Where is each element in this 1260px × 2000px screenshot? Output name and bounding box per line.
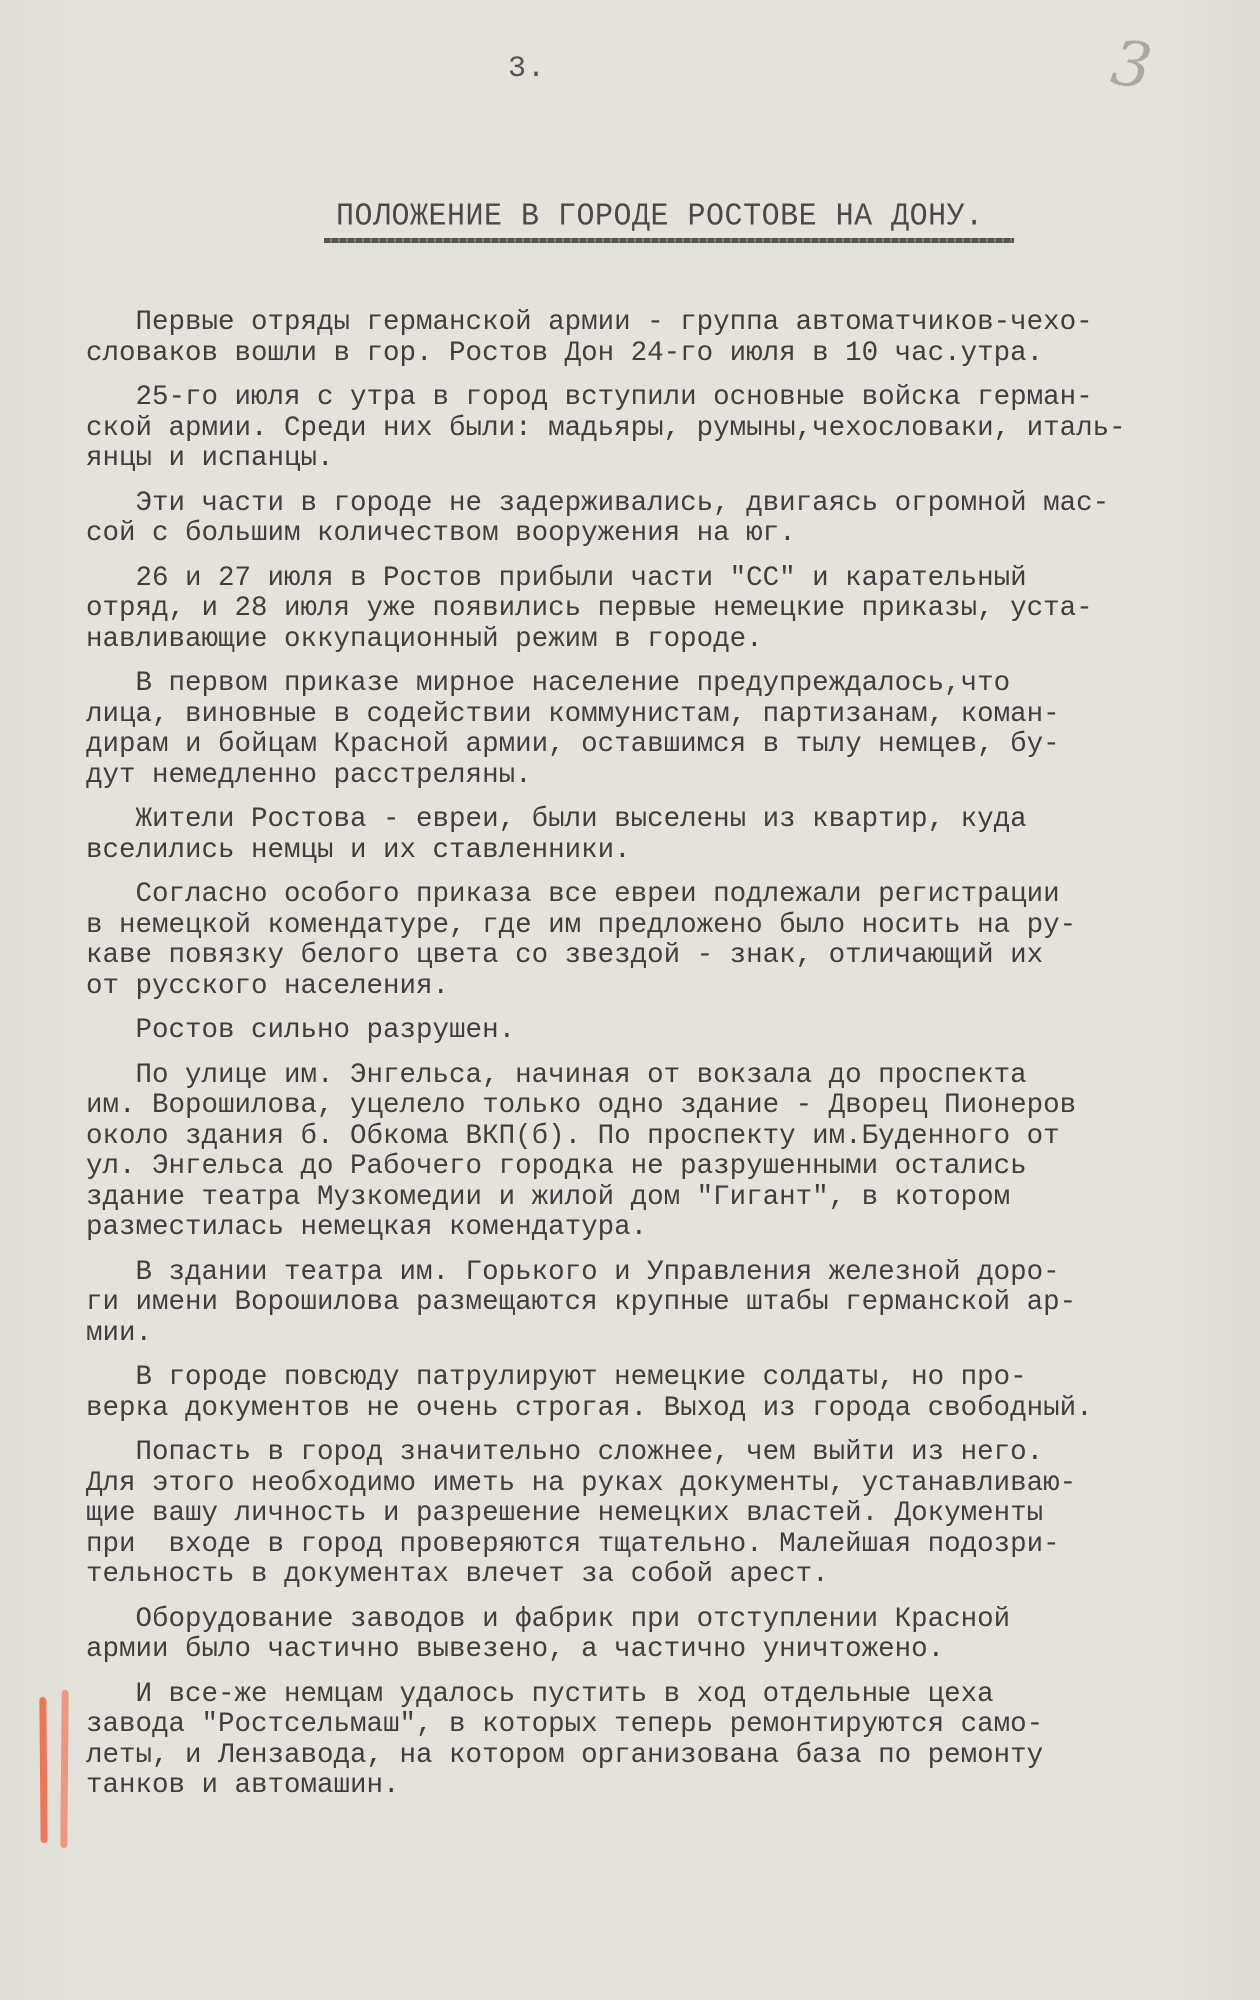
paragraph: Ростов сильно разрушен. — [86, 1016, 1236, 1047]
text-line: леты, и Лензавода, на котором организова… — [86, 1741, 1236, 1772]
paragraph: И все-же немцам удалось пустить в ход от… — [86, 1680, 1236, 1802]
paragraph: По улице им. Энгельса, начиная от вокзал… — [86, 1061, 1236, 1244]
document-title: ПОЛОЖЕНИЕ В ГОРОДЕ РОСТОВЕ НА ДОНУ. — [336, 199, 1026, 235]
title-underline — [324, 238, 1014, 243]
text-line: здание театра Музкомедии и жилой дом "Ги… — [86, 1183, 1236, 1214]
text-line: янцы и испанцы. — [86, 444, 1236, 475]
paragraph: Попасть в город значительно сложнее, чем… — [86, 1438, 1236, 1591]
text-line: танков и автомашин. — [86, 1771, 1236, 1802]
text-line: Эти части в городе не задерживались, дви… — [86, 489, 1236, 520]
text-line: от русского населения. — [86, 972, 1236, 1003]
page-number: 3. — [508, 52, 546, 86]
paragraph: В городе повсюду патрулируют немецкие со… — [86, 1363, 1236, 1424]
text-line: Оборудование заводов и фабрик при отступ… — [86, 1605, 1236, 1636]
text-line: Ростов сильно разрушен. — [86, 1016, 1236, 1047]
paragraph: Оборудование заводов и фабрик при отступ… — [86, 1605, 1236, 1666]
paragraph: 25-го июля с утра в город вступили основ… — [86, 383, 1236, 475]
text-line: 26 и 27 июля в Ростов прибыли части "СС"… — [86, 564, 1236, 595]
text-line: По улице им. Энгельса, начиная от вокзал… — [86, 1061, 1236, 1092]
text-line: щие вашу личность и разрешение немецких … — [86, 1499, 1236, 1530]
text-line: вселились немцы и их ставленники. — [86, 836, 1236, 867]
text-line: В городе повсюду патрулируют немецкие со… — [86, 1363, 1236, 1394]
text-line: Первые отряды германской армии - группа … — [86, 308, 1236, 339]
text-line: им. Ворошилова, уцелело только одно здан… — [86, 1091, 1236, 1122]
paragraph: Эти части в городе не задерживались, дви… — [86, 489, 1236, 550]
text-line: И все-же немцам удалось пустить в ход от… — [86, 1680, 1236, 1711]
text-line: отряд, и 28 июля уже появились первые не… — [86, 594, 1236, 625]
text-line: дут немедленно расстреляны. — [86, 761, 1236, 792]
paragraph: В первом приказе мирное население предуп… — [86, 669, 1236, 791]
text-line: дирам и бойцам Красной армии, оставшимся… — [86, 730, 1236, 761]
text-line: Для этого необходимо иметь на руках доку… — [86, 1469, 1236, 1500]
text-line: Жители Ростова - евреи, были выселены из… — [86, 805, 1236, 836]
text-line: словаков вошли в гор. Ростов Дон 24-го и… — [86, 339, 1236, 370]
text-line: ги имени Ворошилова размещаются крупные … — [86, 1288, 1236, 1319]
text-line: при входе в город проверяются тщательно.… — [86, 1530, 1236, 1561]
paragraph: Жители Ростова - евреи, были выселены из… — [86, 805, 1236, 866]
document-body: Первые отряды германской армии - группа … — [86, 308, 1236, 1816]
text-line: каве повязку белого цвета со звездой - з… — [86, 941, 1236, 972]
text-line: армии было частично вывезено, а частично… — [86, 1635, 1236, 1666]
handwritten-page-number: 3 — [1107, 26, 1156, 104]
text-line: ул. Энгельса до Рабочего городка не разр… — [86, 1152, 1236, 1183]
paragraph: В здании театра им. Горького и Управлени… — [86, 1258, 1236, 1350]
text-line: Согласно особого приказа все евреи подле… — [86, 880, 1236, 911]
text-line: около здания б. Обкома ВКП(б). По проспе… — [86, 1122, 1236, 1153]
paragraph: Согласно особого приказа все евреи подле… — [86, 880, 1236, 1002]
text-line: в немецкой комендатуре, где им предложен… — [86, 911, 1236, 942]
document-title-block: ПОЛОЖЕНИЕ В ГОРОДЕ РОСТОВЕ НА ДОНУ. — [336, 200, 1026, 243]
paragraph: 26 и 27 июля в Ростов прибыли части "СС"… — [86, 564, 1236, 656]
text-line: верка документов не очень строгая. Выход… — [86, 1394, 1236, 1425]
text-line: мии. — [86, 1319, 1236, 1350]
text-line: навливающие оккупационный режим в городе… — [86, 625, 1236, 656]
paragraph: Первые отряды германской армии - группа … — [86, 308, 1236, 369]
text-line: 25-го июля с утра в город вступили основ… — [86, 383, 1236, 414]
text-line: тельность в документах влечет за собой а… — [86, 1560, 1236, 1591]
text-line: В здании театра им. Горького и Управлени… — [86, 1258, 1236, 1289]
red-margin-mark-left — [39, 1697, 47, 1843]
text-line: В первом приказе мирное население предуп… — [86, 669, 1236, 700]
text-line: завода "Ростсельмаш", в которых теперь р… — [86, 1710, 1236, 1741]
text-line: Попасть в город значительно сложнее, чем… — [86, 1438, 1236, 1469]
text-line: сой с большим количеством вооружения на … — [86, 519, 1236, 550]
text-line: разместилась немецкая комендатура. — [86, 1213, 1236, 1244]
text-line: лица, виновные в содействии коммунистам,… — [86, 700, 1236, 731]
red-margin-mark-right — [60, 1690, 68, 1848]
text-line: ской армии. Среди них были: мадьяры, рум… — [86, 414, 1236, 445]
document-page: 3. 3 ПОЛОЖЕНИЕ В ГОРОДЕ РОСТОВЕ НА ДОНУ.… — [0, 0, 1260, 2000]
